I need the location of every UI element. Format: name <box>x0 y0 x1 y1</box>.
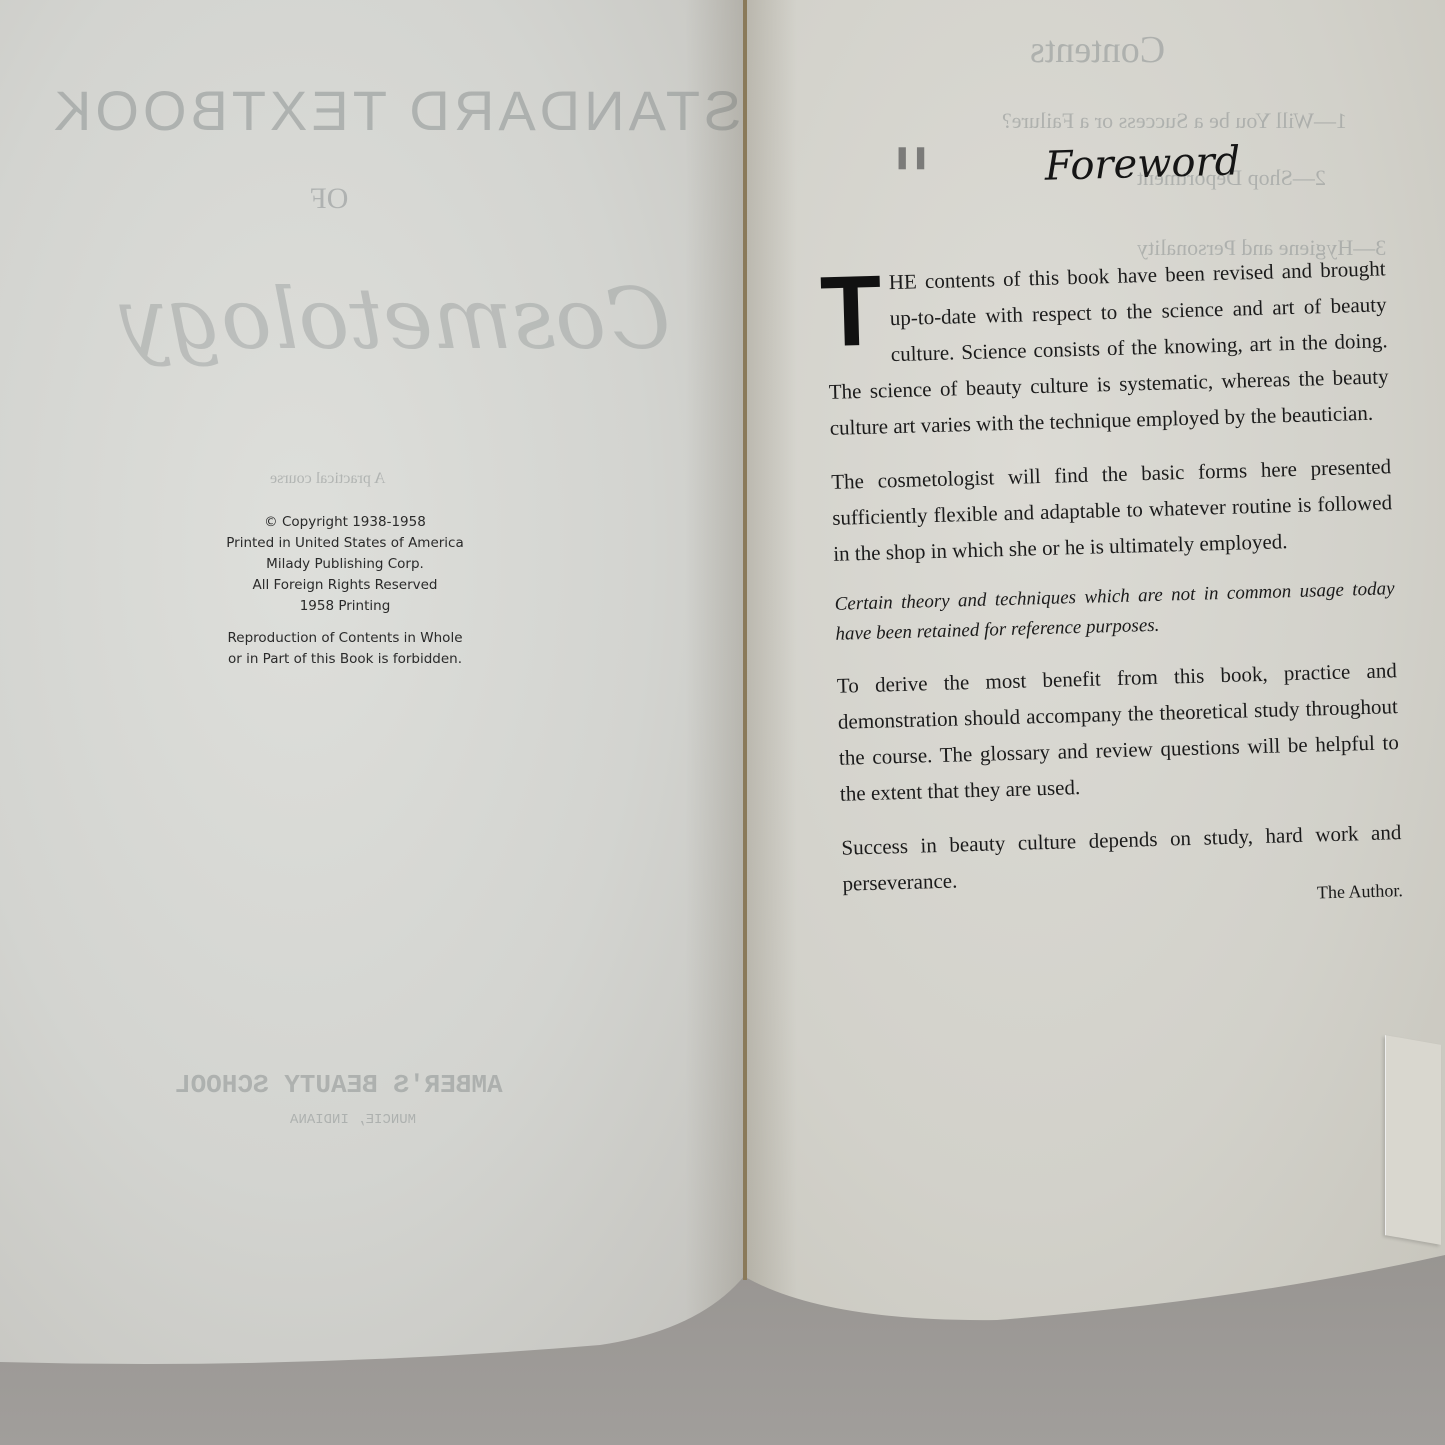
reproduction-notice: or in Part of this Book is forbidden. <box>160 649 530 670</box>
ghost-subject-text: Cosmetology <box>120 270 670 368</box>
copyright-line: © Copyright 1938-1958 <box>160 512 530 533</box>
book-gutter <box>743 0 747 1280</box>
copyright-block: © Copyright 1938-1958 Printed in United … <box>160 512 530 670</box>
reproduction-notice: Reproduction of Contents in Whole <box>160 628 530 649</box>
foreword-section: Foreword T HE contents of this book have… <box>822 134 1403 916</box>
foreword-paragraph: The cosmetologist will find the basic fo… <box>831 448 1394 572</box>
folded-page-corner <box>1385 1035 1441 1245</box>
foreword-paragraph: T HE contents of this book have been rev… <box>825 250 1390 446</box>
ghost-city-text: MUNCIE, INDIANA <box>290 1112 416 1128</box>
ghost-of-text: OF <box>310 182 348 216</box>
copyright-line: Milady Publishing Corp. <box>160 554 530 575</box>
ghost-school-text: AMBER'S BEAUTY SCHOOL <box>175 1070 503 1100</box>
paragraph-text: HE contents of this book have been revis… <box>828 256 1388 440</box>
copyright-line: All Foreign Rights Reserved <box>160 575 530 596</box>
ghost-toc-item: 1—Will You be a Success or a Failure? <box>1002 108 1347 134</box>
foreword-paragraph: To derive the most benefit from this boo… <box>836 652 1400 812</box>
copyright-line: Printed in United States of America <box>160 533 530 554</box>
ghost-contents-heading: Contents <box>1030 28 1165 72</box>
drop-cap: T <box>819 270 882 352</box>
ghost-title-text: STANDARD TEXTBOOK <box>50 78 741 143</box>
copyright-line: 1958 Printing <box>160 596 530 617</box>
ghost-course-text: A practical course <box>270 470 386 488</box>
foreword-italic-note: Certain theory and techniques which are … <box>834 574 1395 650</box>
left-page: STANDARD TEXTBOOK OF Cosmetology A pract… <box>0 0 745 1365</box>
foreword-title: Foreword <box>982 137 1303 192</box>
